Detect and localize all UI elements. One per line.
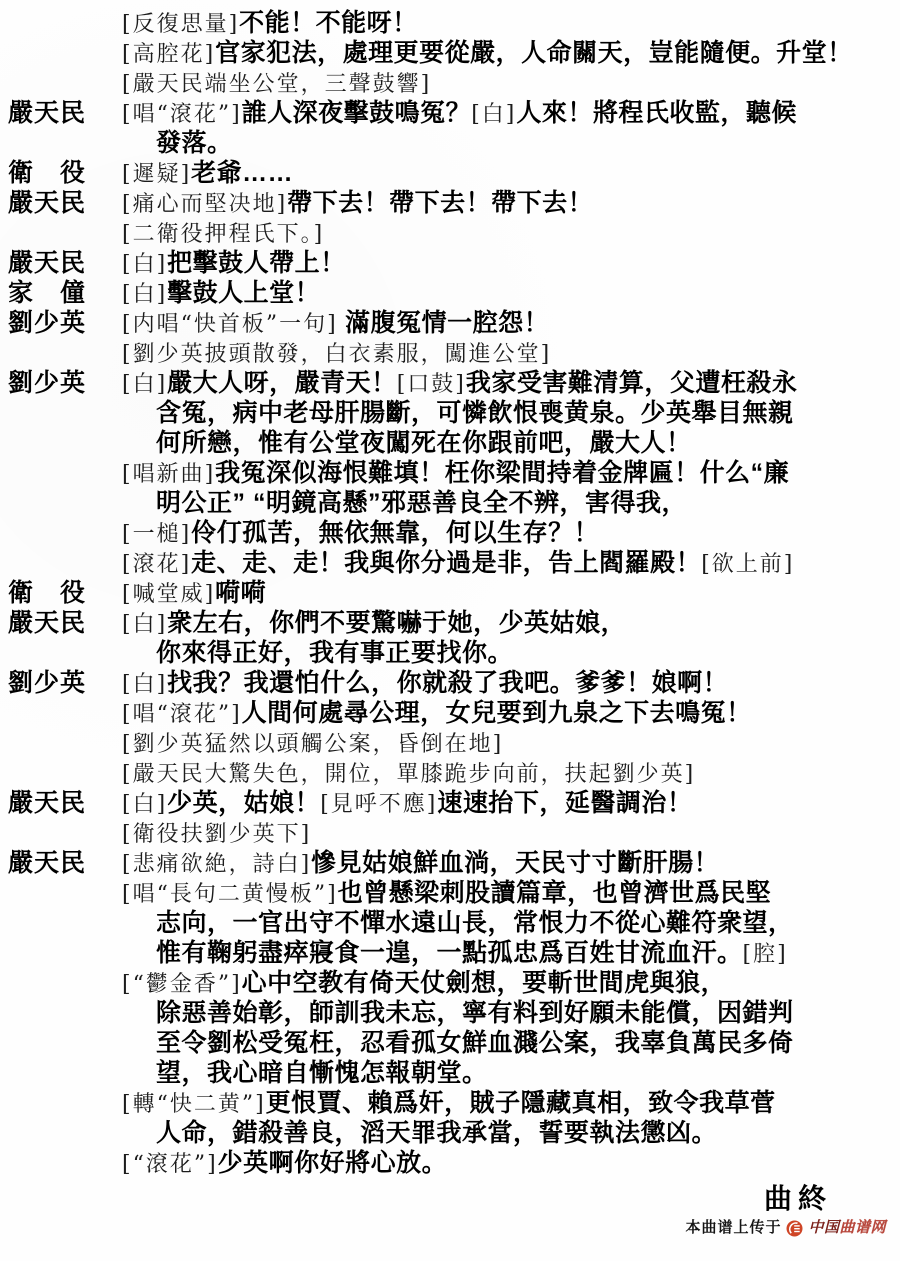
stage-direction: [反復思量] (122, 12, 239, 37)
speech-text: 不能！不能呀！ (239, 9, 418, 37)
line-content: 何所戀，惟有公堂夜闖死在你跟前吧，嚴大人！ (122, 428, 894, 458)
stage-direction: [白] (122, 372, 167, 397)
script-line: [一槌]伶仃孤苦，無依無靠，何以生存？！ (8, 518, 894, 548)
script-line: 含冤，病中老母肝腸斷，可憐飲恨喪黄泉。少英舉目無親 (8, 398, 894, 428)
line-content: 志向，一官出守不憚水遠山長，常恨力不從心難符衆望， (122, 908, 894, 938)
script-line: 嚴天民[白]把擊鼓人帶上！ (8, 248, 894, 278)
speech-text: 衆左右，你們不要驚嚇于她，少英姑娘， (167, 609, 626, 637)
script-line: 發落。 (8, 128, 894, 158)
script-line: [劉少英猛然以頭觸公案，昏倒在地] (8, 728, 894, 758)
speech-text: 找我？我還怕什么，你就殺了我吧。爹爹！娘啊！ (167, 669, 728, 697)
stage-direction: [内唱“快首板”一句] (122, 312, 338, 337)
speech-text: 含冤，病中老母肝腸斷，可憐飲恨喪黄泉。少英舉目無親 (156, 399, 794, 427)
script-line: 志向，一官出守不憚水遠山長，常恨力不從心難符衆望， (8, 908, 894, 938)
line-content: [“鬱金香”]心中空教有倚天仗劍想，要斬世間虎與狼， (122, 968, 894, 1000)
speech-text: 嚴大人呀，嚴青天！ (167, 369, 397, 397)
site-name: 中国曲谱网 (808, 1218, 886, 1238)
speech-text: 心中空教有倚天仗劍想，要斬世間虎與狼， (242, 969, 727, 997)
speech-text: 更恨賈、賴爲奸，賊子隱藏真相，致令我草菅 (266, 1089, 776, 1117)
speaker-name: 嚴天民 (8, 608, 122, 638)
stage-direction: [腔] (743, 942, 788, 967)
speech-text: 伶仃孤苦，無依無靠，何以生存？！ (191, 519, 599, 547)
script-line: 嚴天民[白]衆左右，你們不要驚嚇于她，少英姑娘， (8, 608, 894, 638)
script-line: [反復思量]不能！不能呀！ (8, 8, 894, 38)
script-line: [唱“長句二黄慢板”]也曾懸梁刺股讀篇章，也曾濟世爲民堅 (8, 878, 894, 908)
stage-direction: [見呼不應] (320, 792, 437, 817)
script-line: 望，我心暗自慚愧怎報朝堂。 (8, 1058, 894, 1088)
line-content: 發落。 (122, 128, 894, 158)
speaker-name: 劉少英 (8, 668, 122, 698)
speech-text: 發落。 (156, 129, 233, 157)
script-line: [滾花]走、走、走！我與你分過是非，告上閻羅殿！[欲上前] (8, 548, 894, 578)
site-name-part2: 曲谱网 (839, 1219, 886, 1236)
stage-direction: [口鼓] (397, 372, 466, 397)
script-line: 劉少英[白]嚴大人呀，嚴青天！[口鼓]我家受害難清算，父遭枉殺永 (8, 368, 894, 398)
speech-text: 望，我心暗自慚愧怎報朝堂。 (156, 1059, 488, 1087)
speech-text: 擊鼓人上堂！ (167, 279, 320, 307)
speech-text: 把擊鼓人帶上！ (167, 249, 346, 277)
site-name-part1: 中国 (808, 1219, 839, 1236)
line-content: [白]衆左右，你們不要驚嚇于她，少英姑娘， (122, 608, 894, 640)
line-content: [白]少英，姑娘！[見呼不應]速速抬下，延醫調治！ (122, 788, 894, 820)
stage-direction: [白] (122, 252, 167, 277)
script-line: 劉少英[内唱“快首板”一句] 滿腹冤情一腔怨！ (8, 308, 894, 338)
stage-direction: [悲痛欲絶，詩白] (122, 852, 311, 877)
line-content: [二衛役押程氏下。] (122, 218, 894, 250)
speaker-name: 嚴天民 (8, 98, 122, 128)
line-content: [遲疑]老爺…… (122, 158, 894, 190)
line-content: [“滾花”]少英啊你好將心放。 (122, 1148, 894, 1180)
line-content: 明公正” “明鏡高懸”邪惡善良全不辨，害得我， (122, 488, 894, 518)
stage-direction: [唱“長句二黄慢板”] (122, 882, 338, 907)
stage-direction: [遲疑] (122, 162, 191, 187)
line-content: [白]把擊鼓人帶上！ (122, 248, 894, 280)
stage-direction: [“鬱金香”] (122, 972, 242, 997)
script-line: [二衛役押程氏下。] (8, 218, 894, 248)
stage-direction: [轉“快二黄”] (122, 1092, 266, 1117)
site-logo-icon (786, 1220, 803, 1237)
stage-direction: [唱“滾花”] (122, 102, 242, 127)
line-content: 人命，錯殺善良，滔天罪我承當，誓要執法懲凶。 (122, 1118, 894, 1148)
line-content: [唱“滾花”]人間何處尋公理，女兒要到九泉之下去鳴冤！ (122, 698, 894, 730)
line-content: [悲痛欲絶，詩白]慘見姑娘鮮血淌，天民寸寸斷肝腸！ (122, 848, 894, 880)
line-content: 含冤，病中老母肝腸斷，可憐飲恨喪黄泉。少英舉目無親 (122, 398, 894, 428)
stage-direction: [二衛役押程氏下。] (122, 222, 324, 247)
speech-text: 至令劉松受冤枉，忍看孤女鮮血濺公案，我辜負萬民多倚 (156, 1029, 794, 1057)
speech-text: 嗬嗬 (215, 579, 266, 607)
line-content: [喊堂威]嗬嗬 (122, 578, 894, 610)
site-watermark: 本曲谱上传于 中国曲谱网 (8, 1218, 894, 1238)
speaker-name: 家 僮 (8, 278, 122, 308)
line-content: 至令劉松受冤枉，忍看孤女鮮血濺公案，我辜負萬民多倚 (122, 1028, 894, 1058)
speech-text: 人命，錯殺善良，滔天罪我承當，誓要執法懲凶。 (156, 1119, 717, 1147)
script-line: 劉少英[白]找我？我還怕什么，你就殺了我吧。爹爹！娘啊！ (8, 668, 894, 698)
script-lines-container: [反復思量]不能！不能呀！[高腔花]官家犯法，處理更要從嚴，人命關天，豈能隨便。… (8, 8, 894, 1178)
line-content: [唱“滾花”]誰人深夜擊鼓鳴冤？[白]人來！將程氏收監，聽候 (122, 98, 894, 130)
line-content: [衛役扶劉少英下] (122, 818, 894, 850)
end-mark-label: 曲終 (764, 1183, 832, 1214)
line-content: [滾花]走、走、走！我與你分過是非，告上閻羅殿！[欲上前] (122, 548, 894, 580)
stage-direction: [白] (122, 792, 167, 817)
stage-direction: [白] (122, 282, 167, 307)
line-content: [嚴天民端坐公堂，三聲鼓響] (122, 68, 894, 100)
script-line: [衛役扶劉少英下] (8, 818, 894, 848)
line-content: [嚴天民大驚失色，開位，單膝跪步向前，扶起劉少英] (122, 758, 894, 790)
line-content: [劉少英披頭散發，白衣素服，闖進公堂] (122, 338, 894, 370)
speech-text: 人間何處尋公理，女兒要到九泉之下去鳴冤！ (242, 699, 752, 727)
script-line: 衛 役[喊堂威]嗬嗬 (8, 578, 894, 608)
line-content: [轉“快二黄”]更恨賈、賴爲奸，賊子隱藏真相，致令我草菅 (122, 1088, 894, 1120)
speech-text: 帶下去！帶下去！帶下去！ (287, 189, 593, 217)
script-line: 家 僮[白]擊鼓人上堂！ (8, 278, 894, 308)
script-line: [轉“快二黄”]更恨賈、賴爲奸，賊子隱藏真相，致令我草菅 (8, 1088, 894, 1118)
speech-text: 何所戀，惟有公堂夜闖死在你跟前吧，嚴大人！ (156, 429, 692, 457)
script-line: [唱“滾花”]人間何處尋公理，女兒要到九泉之下去鳴冤！ (8, 698, 894, 728)
stage-direction: [欲上前] (701, 552, 794, 577)
script-line: 至令劉松受冤枉，忍看孤女鮮血濺公案，我辜負萬民多倚 (8, 1028, 894, 1058)
speech-text: 惟有鞠躬盡瘁寢食一遑，一點孤忠爲百姓甘流血汗。 (156, 939, 743, 967)
stage-direction: [嚴天民大驚失色，開位，單膝跪步向前，扶起劉少英] (122, 762, 695, 787)
stage-direction: [白] (122, 672, 167, 697)
line-content: [白]找我？我還怕什么，你就殺了我吧。爹爹！娘啊！ (122, 668, 894, 700)
line-content: [内唱“快首板”一句] 滿腹冤情一腔怨！ (122, 308, 894, 340)
script-line: 何所戀，惟有公堂夜闖死在你跟前吧，嚴大人！ (8, 428, 894, 458)
stage-direction: [唱“滾花”] (122, 702, 242, 727)
speech-text: 官家犯法，處理更要從嚴，人命關天，豈能隨便。升堂！ (215, 39, 853, 67)
speech-text: 人來！將程氏收監，聽候 (516, 99, 797, 127)
speaker-name: 劉少英 (8, 308, 122, 338)
line-content: [唱新曲]我冤深似海恨難填！枉你梁間持着金牌匾！什么“廉 (122, 458, 894, 490)
line-content: [白]擊鼓人上堂！ (122, 278, 894, 310)
stage-direction: [劉少英猛然以頭觸公案，昏倒在地] (122, 732, 503, 757)
script-line: 衛 役[遲疑]老爺…… (8, 158, 894, 188)
stage-direction: [喊堂威] (122, 582, 215, 607)
speech-text: 走、走、走！我與你分過是非，告上閻羅殿！ (191, 549, 701, 577)
line-content: [白]嚴大人呀，嚴青天！[口鼓]我家受害難清算，父遭枉殺永 (122, 368, 894, 400)
line-content: [高腔花]官家犯法，處理更要從嚴，人命關天，豈能隨便。升堂！ (122, 38, 894, 70)
stage-direction: [一槌] (122, 522, 191, 547)
script-line: 嚴天民[白]少英，姑娘！[見呼不應]速速抬下，延醫調治！ (8, 788, 894, 818)
speaker-name: 嚴天民 (8, 788, 122, 818)
script-line: [劉少英披頭散發，白衣素服，闖進公堂] (8, 338, 894, 368)
speech-text: 志向，一官出守不憚水遠山長，常恨力不從心難符衆望， (156, 909, 794, 937)
line-content: 除惡善始彰，師訓我未忘，寧有料到好願未能償，因錯判 (122, 998, 894, 1028)
speech-text: 也曾懸梁刺股讀篇章，也曾濟世爲民堅 (338, 879, 772, 907)
speech-text: 明公正” “明鏡高懸”邪惡善良全不辨，害得我， (156, 489, 687, 517)
line-content: 你來得正好，我有事正要找你。 (122, 638, 894, 668)
speaker-name: 劉少英 (8, 368, 122, 398)
line-content: [痛心而堅决地]帶下去！帶下去！帶下去！ (122, 188, 894, 220)
line-content: [唱“長句二黄慢板”]也曾懸梁刺股讀篇章，也曾濟世爲民堅 (122, 878, 894, 910)
stage-direction: [白] (122, 612, 167, 637)
script-line: 你來得正好，我有事正要找你。 (8, 638, 894, 668)
script-line: 人命，錯殺善良，滔天罪我承當，誓要執法懲凶。 (8, 1118, 894, 1148)
speaker-name: 嚴天民 (8, 848, 122, 878)
speech-text: 速速抬下，延醫調治！ (437, 789, 692, 817)
speech-text: 除惡善始彰，師訓我未忘，寧有料到好願未能償，因錯判 (156, 999, 794, 1027)
script-line: 惟有鞠躬盡瘁寢食一遑，一點孤忠爲百姓甘流血汗。[腔] (8, 938, 894, 968)
script-line: 嚴天民[悲痛欲絶，詩白]慘見姑娘鮮血淌，天民寸寸斷肝腸！ (8, 848, 894, 878)
end-mark: 曲終 (8, 1182, 894, 1216)
script-line: [高腔花]官家犯法，處理更要從嚴，人命關天，豈能隨便。升堂！ (8, 38, 894, 68)
script-line: 明公正” “明鏡高懸”邪惡善良全不辨，害得我， (8, 488, 894, 518)
speech-text: 少英，姑娘！ (167, 789, 320, 817)
stage-direction: [高腔花] (122, 42, 215, 67)
speech-text: 老爺…… (191, 159, 293, 187)
script-line: [嚴天民大驚失色，開位，單膝跪步向前，扶起劉少英] (8, 758, 894, 788)
line-content: [一槌]伶仃孤苦，無依無靠，何以生存？！ (122, 518, 894, 550)
stage-direction: [“滾花”] (122, 1152, 218, 1177)
speech-text: 誰人深夜擊鼓鳴冤？ (242, 99, 472, 127)
speech-text: 慘見姑娘鮮血淌，天民寸寸斷肝腸！ (311, 849, 719, 877)
speech-text: 滿腹冤情一腔怨！ (338, 309, 549, 337)
stage-direction: [唱新曲] (122, 462, 215, 487)
speaker-name: 嚴天民 (8, 248, 122, 278)
stage-direction: [滾花] (122, 552, 191, 577)
line-content: 望，我心暗自慚愧怎報朝堂。 (122, 1058, 894, 1088)
line-content: [劉少英猛然以頭觸公案，昏倒在地] (122, 728, 894, 760)
speech-text: 少英啊你好將心放。 (218, 1149, 448, 1177)
speaker-name: 嚴天民 (8, 188, 122, 218)
script-line: [“滾花”]少英啊你好將心放。 (8, 1148, 894, 1178)
speech-text: 你來得正好，我有事正要找你。 (156, 639, 513, 667)
stage-direction: [衛役扶劉少英下] (122, 822, 311, 847)
script-line: [嚴天民端坐公堂，三聲鼓響] (8, 68, 894, 98)
script-line: [“鬱金香”]心中空教有倚天仗劍想，要斬世間虎與狼， (8, 968, 894, 998)
stage-direction: [劉少英披頭散發，白衣素服，闖進公堂] (122, 342, 551, 367)
speech-text: 我家受害難清算，父遭枉殺永 (466, 369, 798, 397)
script-line: [唱新曲]我冤深似海恨難填！枉你梁間持着金牌匾！什么“廉 (8, 458, 894, 488)
uploaded-by-label: 本曲谱上传于 (685, 1218, 781, 1238)
script-line: 嚴天民[痛心而堅决地]帶下去！帶下去！帶下去！ (8, 188, 894, 218)
script-line: 嚴天民[唱“滾花”]誰人深夜擊鼓鳴冤？[白]人來！將程氏收監，聽候 (8, 98, 894, 128)
opera-script-page: [反復思量]不能！不能呀！[高腔花]官家犯法，處理更要從嚴，人命關天，豈能隨便。… (0, 0, 900, 1261)
line-content: [反復思量]不能！不能呀！ (122, 8, 894, 40)
stage-direction: [嚴天民端坐公堂，三聲鼓響] (122, 72, 431, 97)
line-content: 惟有鞠躬盡瘁寢食一遑，一點孤忠爲百姓甘流血汗。[腔] (122, 938, 894, 970)
speech-text: 我冤深似海恨難填！枉你梁間持着金牌匾！什么“廉 (215, 459, 789, 487)
speaker-name: 衛 役 (8, 158, 122, 188)
stage-direction: [痛心而堅决地] (122, 192, 287, 217)
script-line: 除惡善始彰，師訓我未忘，寧有料到好願未能償，因錯判 (8, 998, 894, 1028)
speaker-name: 衛 役 (8, 578, 122, 608)
stage-direction: [白] (471, 102, 516, 127)
